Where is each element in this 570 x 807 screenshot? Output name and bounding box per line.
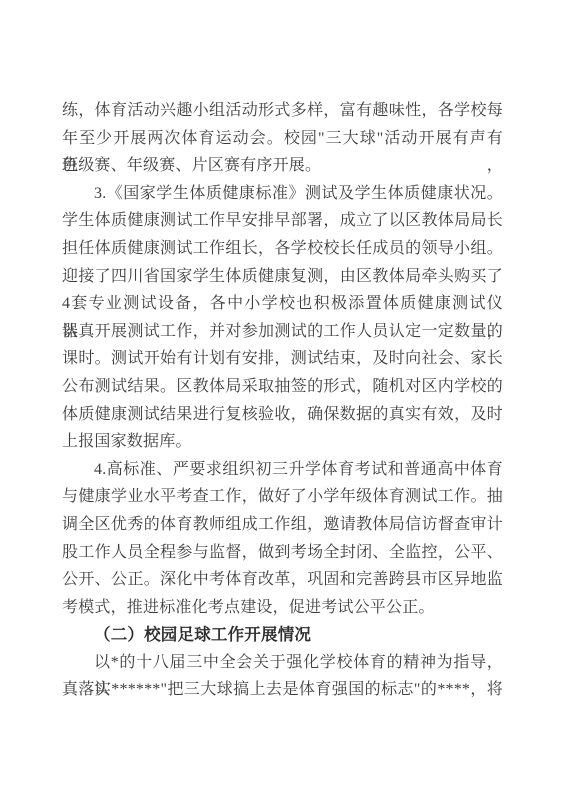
body-line: 考模式，推进标准化考点建设，促进考试公平公正。	[62, 594, 503, 622]
body-line: 迎接了四川省国家学生体质健康复测，由区教体局牵头购买了	[62, 263, 503, 291]
document-page: 练，体育活动兴趣小组活动形式多样，富有趣味性，各学校每 年至少开展两次体育运动会…	[0, 0, 570, 807]
body-line: 与健康学业水平考查工作，做好了小学年级体育测试工作。抽	[62, 483, 503, 511]
body-line: 3.《国家学生体质健康标准》测试及学生体质健康状况。	[62, 180, 503, 208]
text-block: 练，体育活动兴趣小组活动形式多样，富有趣味性，各学校每 年至少开展两次体育运动会…	[62, 97, 503, 704]
body-line: 认真开展测试工作，并对参加测试的工作人员认定一定数量的	[62, 318, 503, 346]
body-line: 课时。测试开始有计划有安排，测试结束，及时向社会、家长	[62, 345, 503, 373]
body-line: 上报国家数据库。	[62, 428, 503, 456]
body-line: 担任体质健康测试工作组长，各学校校长任成员的领导小组。	[62, 235, 503, 263]
body-line: 以*的十八届三中全会关于强化学校体育的精神为指导，认	[62, 649, 503, 677]
body-line: 年至少开展两次体育运动会。校园"三大球"活动开展有声有色，	[62, 125, 503, 153]
body-line: 调全区优秀的体育教师组成工作组，邀请教体局信访督查审计	[62, 511, 503, 539]
body-line: 公开、公正。深化中考体育改革，巩固和完善跨县市区异地监	[62, 566, 503, 594]
body-line: 学生体质健康测试工作早安排早部署，成立了以区教体局局长	[62, 207, 503, 235]
body-line: 体质健康测试结果进行复核验收，确保数据的真实有效，及时	[62, 401, 503, 429]
body-line: 真落实******"把三大球搞上去是体育强国的标志"的****，将	[62, 676, 503, 704]
body-line: 练，体育活动兴趣小组活动形式多样，富有趣味性，各学校每	[62, 97, 503, 125]
body-line: 4.高标准、严要求组织初三升学体育考试和普通高中体育	[62, 456, 503, 484]
section-heading: （二）校园足球工作开展情况	[62, 621, 503, 649]
body-line: 4套专业测试设备，各中小学校也积极添置体质健康测试仪器，	[62, 290, 503, 318]
body-line: 公布测试结果。区教体局采取抽签的形式，随机对区内学校的	[62, 373, 503, 401]
body-line: 股工作人员全程参与监督，做到考场全封闭、全监控，公平、	[62, 539, 503, 567]
